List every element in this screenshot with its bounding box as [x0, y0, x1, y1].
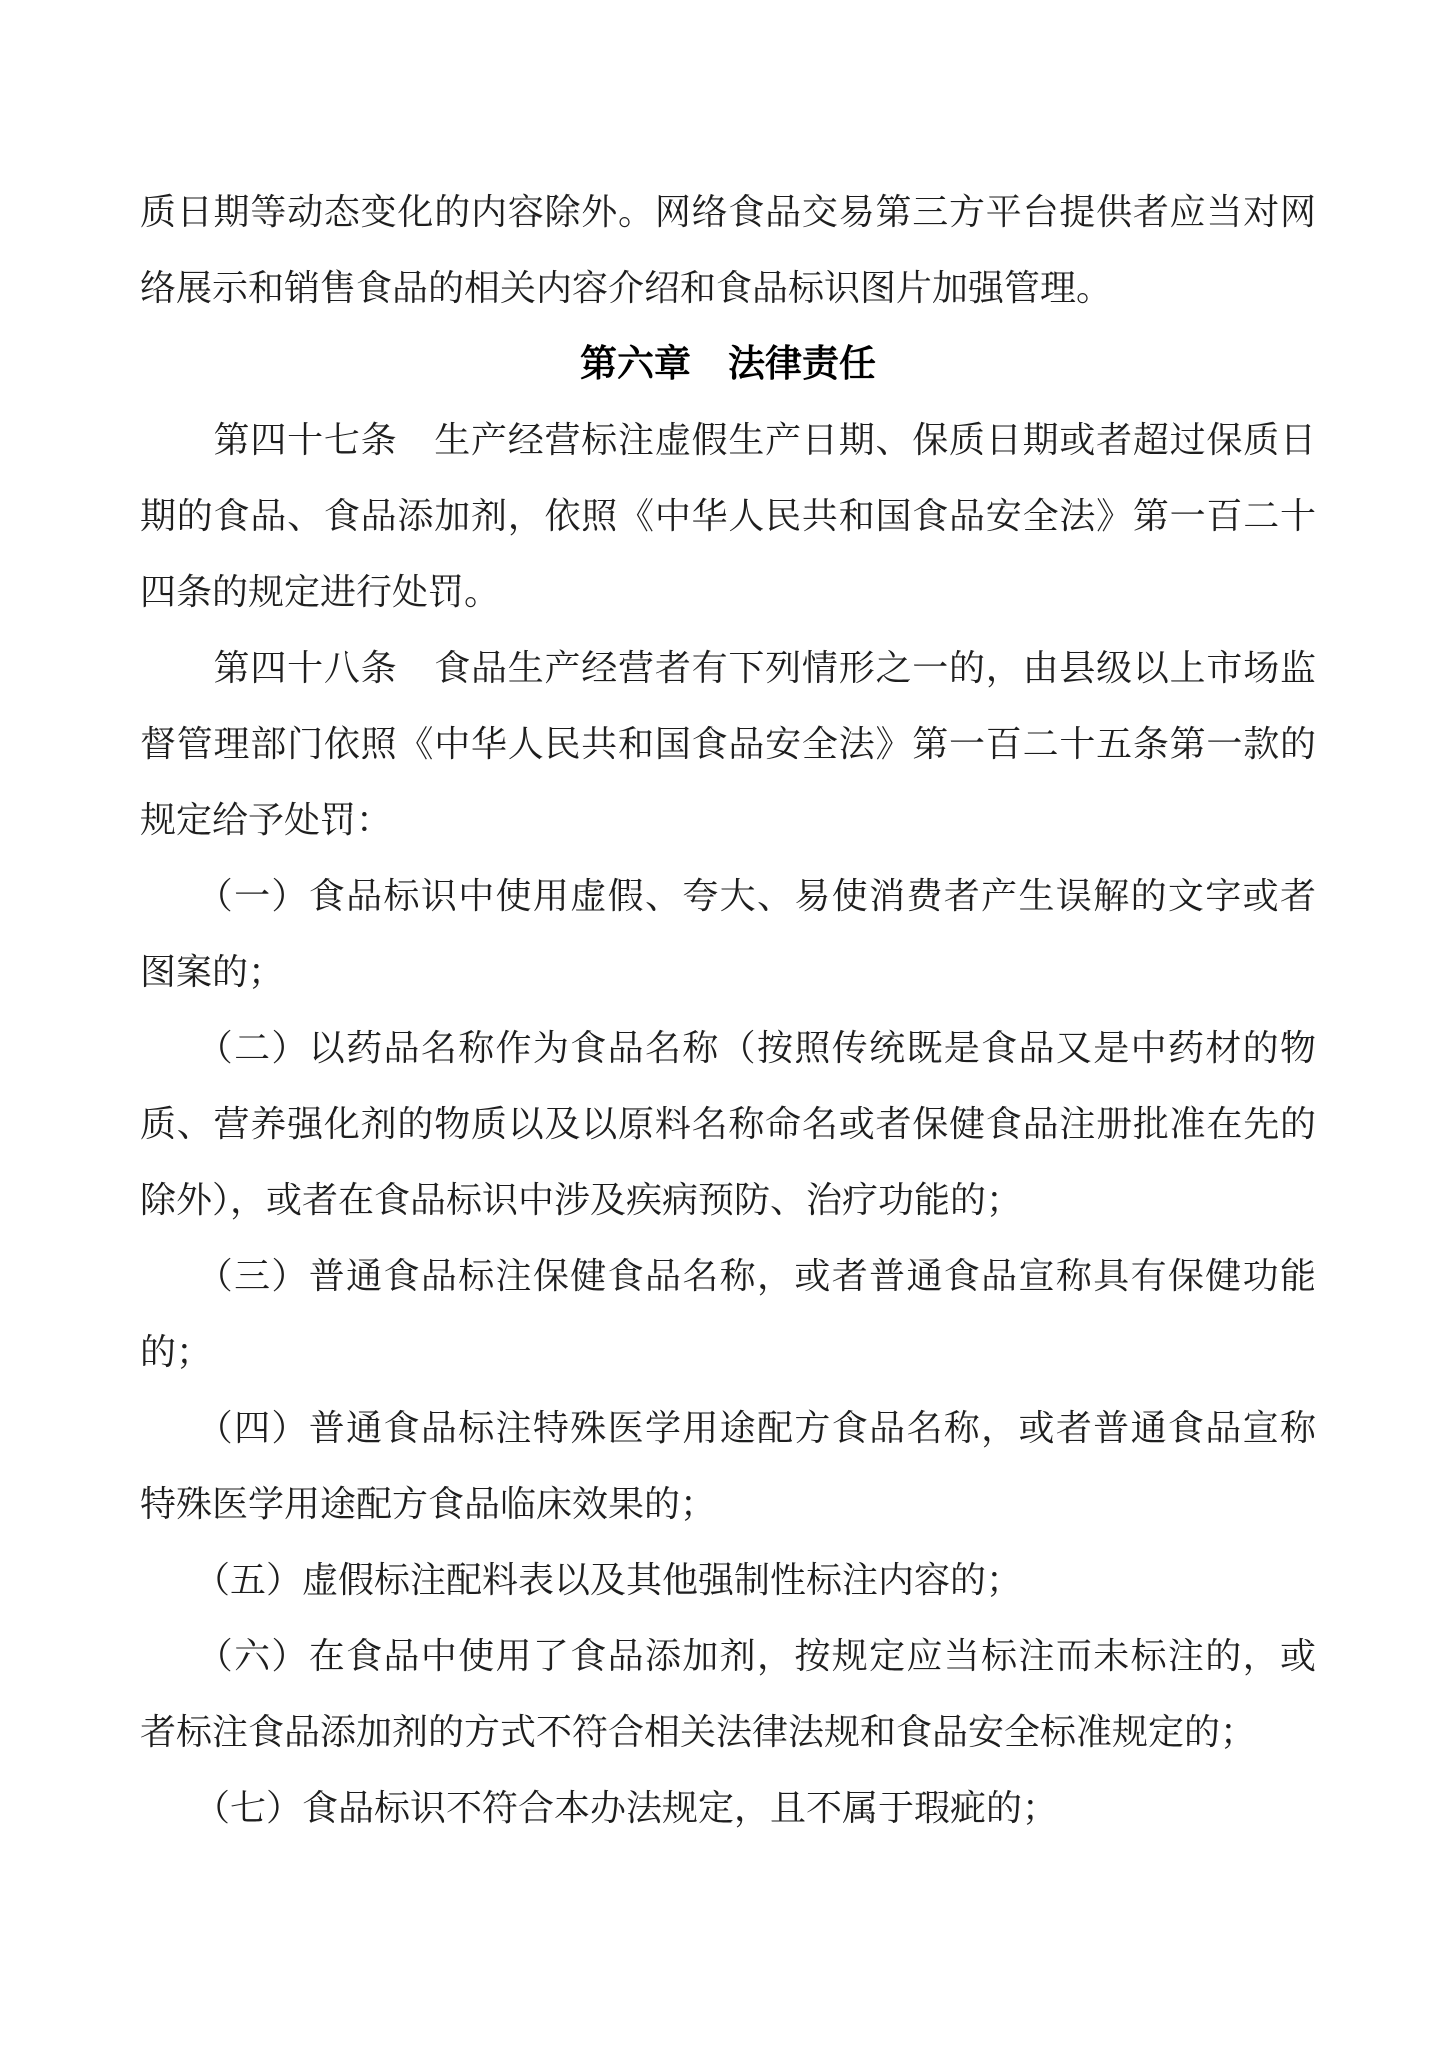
text-line: （七）食品标识不符合本办法规定，且不属于瑕疵的； — [140, 1770, 1316, 1846]
text-line: （二）以药品名称作为食品名称（按照传统既是食品又是中药材的物 — [140, 1010, 1316, 1086]
text-line: 特殊医学用途配方食品临床效果的； — [140, 1466, 1316, 1542]
text-line: 第四十七条 生产经营标注虚假生产日期、保质日期或者超过保质日 — [140, 402, 1316, 478]
text-line: （三）普通食品标注保健食品名称，或者普通食品宣称具有保健功能 — [140, 1238, 1316, 1314]
chapter-heading: 第六章 法律责任 — [140, 326, 1316, 402]
text-line: 质、营养强化剂的物质以及以原料名称命名或者保健食品注册批准在先的 — [140, 1086, 1316, 1162]
text-line: 图案的； — [140, 934, 1316, 1010]
text-line: 规定给予处罚： — [140, 782, 1316, 858]
text-line: 期的食品、食品添加剂，依照《中华人民共和国食品安全法》第一百二十 — [140, 478, 1316, 554]
text-line: 督管理部门依照《中华人民共和国食品安全法》第一百二十五条第一款的 — [140, 706, 1316, 782]
text-line: 第四十八条 食品生产经营者有下列情形之一的，由县级以上市场监 — [140, 630, 1316, 706]
text-line: 的； — [140, 1314, 1316, 1390]
text-line: 质日期等动态变化的内容除外。网络食品交易第三方平台提供者应当对网 — [140, 174, 1316, 250]
text-line: 除外），或者在食品标识中涉及疾病预防、治疗功能的； — [140, 1162, 1316, 1238]
text-line: （五）虚假标注配料表以及其他强制性标注内容的； — [140, 1542, 1316, 1618]
text-line: 络展示和销售食品的相关内容介绍和食品标识图片加强管理。 — [140, 250, 1316, 326]
text-line: （四）普通食品标注特殊医学用途配方食品名称，或者普通食品宣称 — [140, 1390, 1316, 1466]
text-line: （一）食品标识中使用虚假、夸大、易使消费者产生误解的文字或者 — [140, 858, 1316, 934]
text-line: （六）在食品中使用了食品添加剂，按规定应当标注而未标注的，或 — [140, 1618, 1316, 1694]
text-line: 者标注食品添加剂的方式不符合相关法律法规和食品安全标准规定的； — [140, 1694, 1316, 1770]
document-text-column: 质日期等动态变化的内容除外。网络食品交易第三方平台提供者应当对网络展示和销售食品… — [140, 174, 1316, 1846]
document-page: 质日期等动态变化的内容除外。网络食品交易第三方平台提供者应当对网络展示和销售食品… — [0, 0, 1455, 2057]
text-line: 四条的规定进行处罚。 — [140, 554, 1316, 630]
